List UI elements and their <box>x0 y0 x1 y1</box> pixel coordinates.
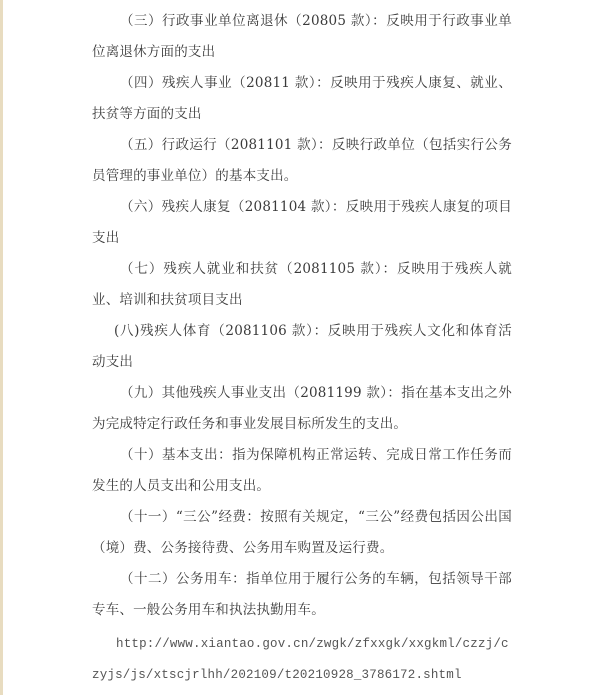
paragraph-11-three-public-expenses: （十一）“三公”经费：按照有关规定，“三公”经费包括因公出国（境）费、公务接待费… <box>92 502 512 564</box>
paragraph-6-rehabilitation: （六）残疾人康复（2081104 款）：反映用于残疾人康复的项目支出 <box>92 192 512 254</box>
paragraph-5-administrative-operation: （五）行政运行（2081101 款）：反映行政单位（包括实行公务员管理的事业单位… <box>92 130 512 192</box>
paragraph-9-other-expenditure: （九）其他残疾人事业支出（2081199 款）：指在基本支出之外为完成特定行政任… <box>92 378 512 440</box>
paragraph-3-retirement: （三）行政事业单位离退休（20805 款）：反映用于行政事业单位离退休方面的支出 <box>92 6 512 68</box>
paragraph-4-disabled-affairs: （四）残疾人事业（20811 款）：反映用于残疾人康复、就业、扶贫等方面的支出 <box>92 68 512 130</box>
paragraph-8-sports: (八)残疾人体育（2081106 款）：反映用于残疾人文化和体育活动支出 <box>92 316 512 378</box>
document-page: （三）行政事业单位离退休（20805 款）：反映用于行政事业单位离退休方面的支出… <box>0 0 593 695</box>
page-left-border <box>0 0 3 695</box>
paragraph-10-basic-expenditure: （十）基本支出：指为保障机构正常运转、完成日常工作任务而发生的人员支出和公用支出… <box>92 440 512 502</box>
document-body: （三）行政事业单位离退休（20805 款）：反映用于行政事业单位离退休方面的支出… <box>92 6 512 691</box>
paragraph-7-employment-poverty: （七）残疾人就业和扶贫（2081105 款）：反映用于残疾人就业、培训和扶贫项目… <box>92 254 512 316</box>
source-url-link[interactable]: http://www.xiantao.gov.cn/zwgk/zfxxgk/xx… <box>92 629 512 691</box>
paragraph-12-official-vehicles: （十二）公务用车：指单位用于履行公务的车辆，包括领导干部专车、一般公务用车和执法… <box>92 564 512 626</box>
